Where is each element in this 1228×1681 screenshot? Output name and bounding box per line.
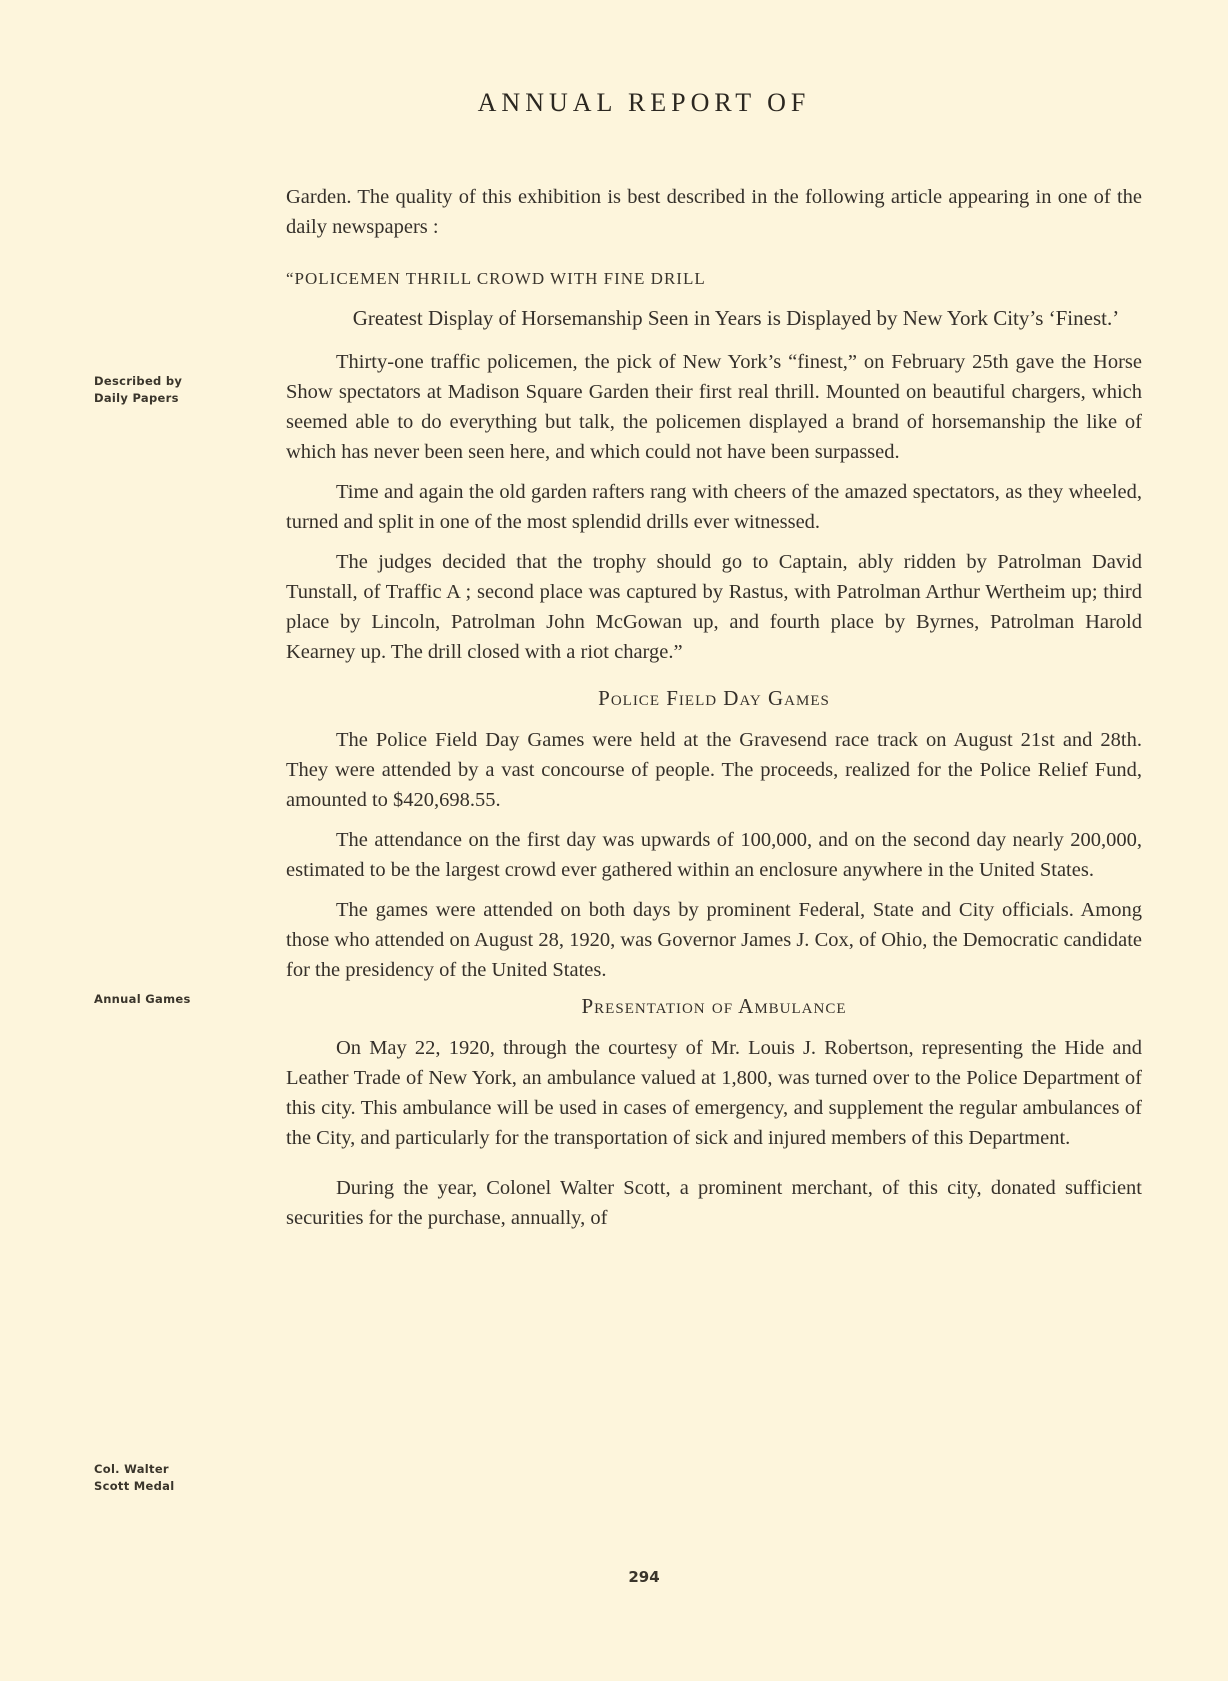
margin-note-line: Daily Papers [94, 390, 264, 407]
margin-note-annual-games: Annual Games [94, 991, 264, 1008]
scott-medal-paragraph: During the year, Colonel Walter Scott, a… [286, 1173, 1142, 1233]
margin-note-line: Col. Walter [94, 1461, 264, 1478]
article-headline: “POLICEMEN THRILL CROWD WITH FINE DRILL [286, 264, 1142, 294]
field-day-paragraph: The attendance on the first day was upwa… [286, 825, 1142, 885]
article-paragraph: The judges decided that the trophy shoul… [286, 547, 1142, 667]
article-paragraph: Time and again the old garden rafters ra… [286, 477, 1142, 537]
main-text-column: Garden. The quality of this exhibition i… [286, 182, 1142, 1233]
margin-note-described-by-daily-papers: Described by Daily Papers [94, 373, 264, 407]
section-title-field-day: Police Field Day Games [286, 683, 1142, 713]
article-paragraph: Thirty-one traffic policemen, the pick o… [286, 347, 1142, 467]
section-title-ambulance: Presentation of Ambulance [286, 991, 1142, 1021]
page-number: 294 [0, 1568, 1228, 1586]
margin-note-col-walter-scott-medal: Col. Walter Scott Medal [94, 1461, 264, 1495]
intro-paragraph: Garden. The quality of this exhibition i… [286, 182, 1142, 242]
margin-note-line: Annual Games [94, 991, 264, 1008]
ambulance-paragraph: On May 22, 1920, through the courtesy of… [286, 1033, 1142, 1153]
article-subhead: Greatest Display of Horsemanship Seen in… [286, 304, 1142, 333]
field-day-paragraph: The Police Field Day Games were held at … [286, 725, 1142, 815]
margin-note-line: Scott Medal [94, 1478, 264, 1495]
margin-note-line: Described by [94, 373, 264, 390]
running-head: ANNUAL REPORT OF [0, 88, 1228, 118]
field-day-paragraph: The games were attended on both days by … [286, 895, 1142, 985]
